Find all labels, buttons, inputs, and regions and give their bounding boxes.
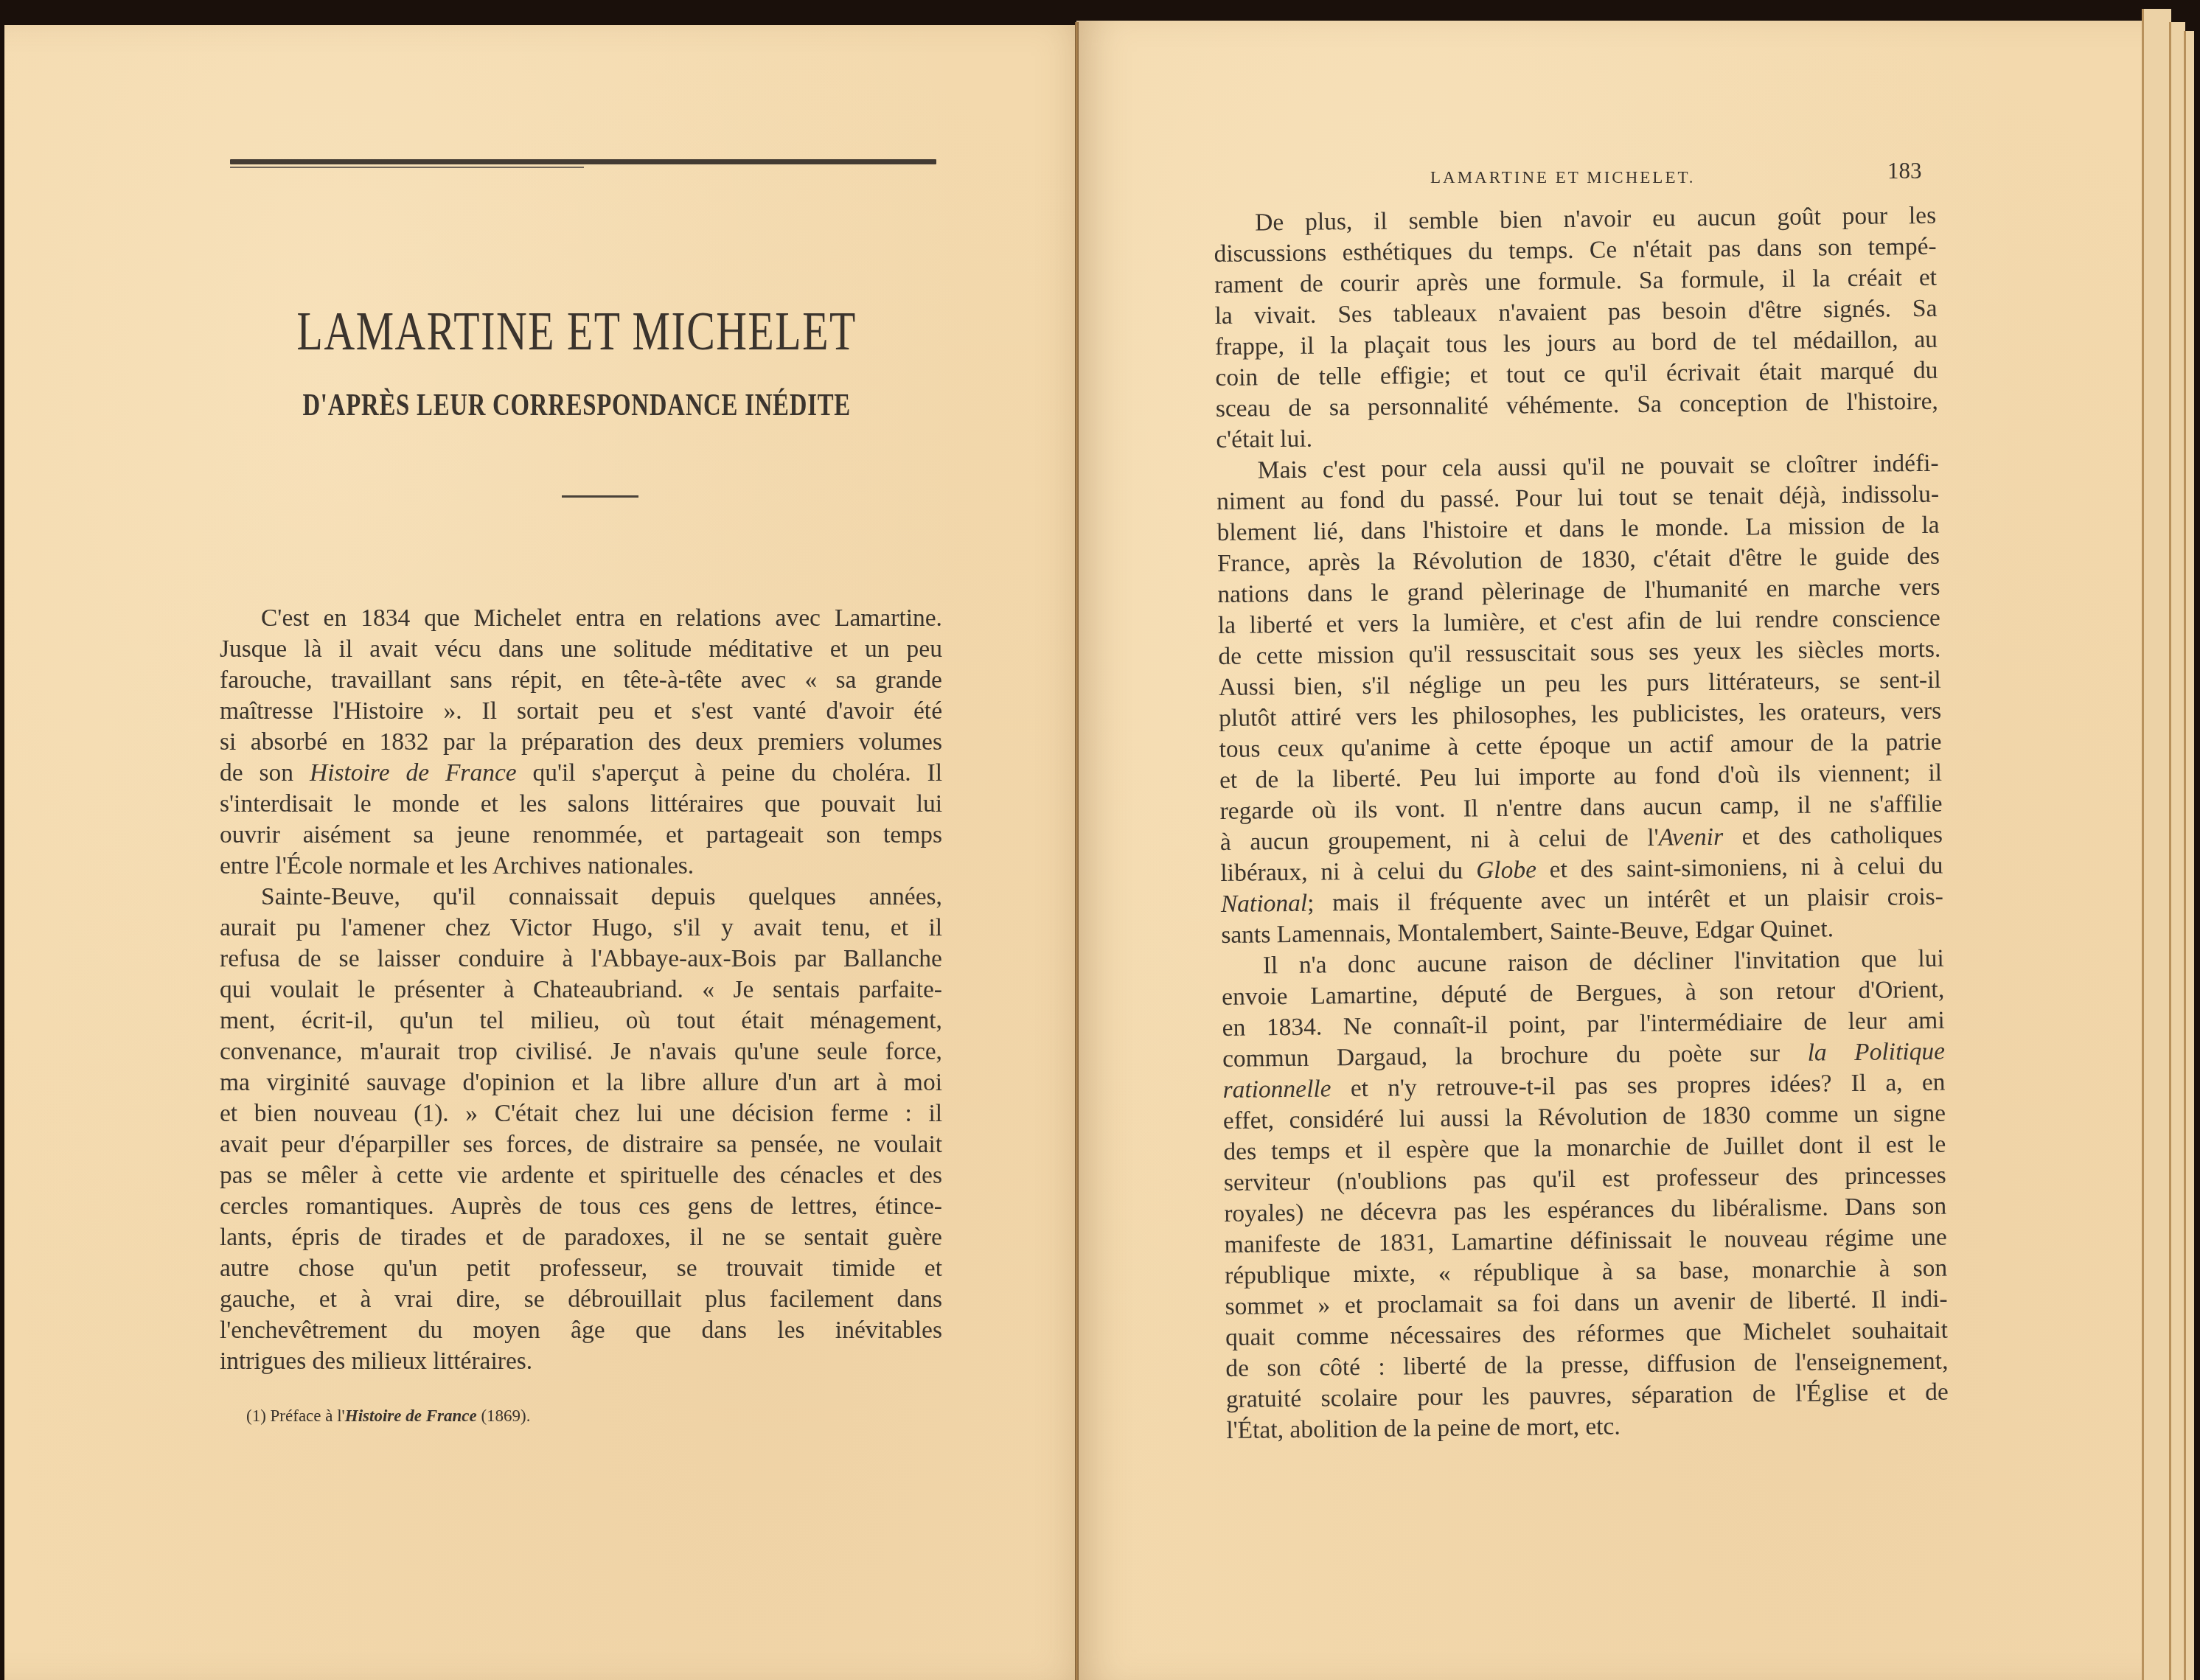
right-body-text: De plus, il semble bien n'avoir eu aucun… xyxy=(1214,201,1949,1446)
book-gutter xyxy=(1075,22,1079,1680)
text-line: cercles romantiques. Auprès de tous ces … xyxy=(220,1191,942,1222)
text-line: si absorbé en 1832 par la préparation de… xyxy=(220,727,942,758)
paragraph: Il n'a donc aucune raison de décliner l'… xyxy=(1222,944,1949,1446)
left-body-text: C'est en 1834 que Michelet entra en rela… xyxy=(220,603,942,1377)
text-line: Sainte-Beuve, qu'il connaissait depuis q… xyxy=(220,882,942,913)
paragraph: De plus, il semble bien n'avoir eu aucun… xyxy=(1214,201,1938,456)
text-line: refusa de se laisser conduire à l'Abbaye… xyxy=(220,944,942,975)
footnote-marker: (1) xyxy=(246,1407,266,1425)
text-line: ouvrir aisément sa jeune renommée, et pa… xyxy=(220,820,942,851)
page-number: 183 xyxy=(1887,158,1922,184)
text-line: pas se mêler à cette vie ardente et spir… xyxy=(220,1160,942,1191)
page-edge xyxy=(2169,22,2185,1680)
text-line: convenance, m'aurait trop civilisé. Je n… xyxy=(220,1036,942,1067)
text-line: qui voulait le présenter à Chateaubriand… xyxy=(220,975,942,1005)
top-rule-thin xyxy=(230,167,584,168)
footnote: (1) Préface à l'Histoire de France (1869… xyxy=(246,1407,530,1426)
text-line: intrigues des milieux littéraires. xyxy=(220,1346,942,1377)
text-line: autre chose qu'un petit professeur, se t… xyxy=(220,1253,942,1284)
text-line: l'enchevêtrement du moyen âge que dans l… xyxy=(220,1315,942,1346)
text-line: Jusque là il avait vécu dans une solitud… xyxy=(220,634,942,665)
text-line: farouche, travaillant sans répit, en têt… xyxy=(220,665,942,696)
text-line: C'est en 1834 que Michelet entra en rela… xyxy=(220,603,942,634)
text-line: et bien nouveau (1). » C'était chez lui … xyxy=(220,1098,942,1129)
page-edge xyxy=(2142,9,2171,1680)
paragraph: Mais c'est pour cela aussi qu'il ne pouv… xyxy=(1216,448,1944,951)
text-line: avait peur d'éparpiller ses forces, de d… xyxy=(220,1129,942,1160)
text-line: de son Histoire de France qu'il s'aperçu… xyxy=(220,758,942,789)
paragraph: Sainte-Beuve, qu'il connaissait depuis q… xyxy=(220,882,942,1377)
footnote-text-after: (1869). xyxy=(477,1407,531,1425)
ornament-rule xyxy=(562,495,638,498)
text-line: maîtresse l'Histoire ». Il sortait peu e… xyxy=(220,696,942,727)
text-line: s'interdisait le monde et les salons lit… xyxy=(220,789,942,820)
text-line: aurait pu l'amener chez Victor Hugo, s'i… xyxy=(220,913,942,944)
footnote-italic: Histoire de France xyxy=(345,1407,477,1425)
text-line: gauche, et à vrai dire, se débrouillait … xyxy=(220,1284,942,1315)
footnote-text-before: Préface à l' xyxy=(271,1407,345,1425)
text-line: ma virginité sauvage d'opinion et la lib… xyxy=(220,1067,942,1098)
paragraph: C'est en 1834 que Michelet entra en rela… xyxy=(220,603,942,882)
text-line: entre l'École normale et les Archives na… xyxy=(220,851,942,882)
text-line: ment, écrit-il, qu'un tel milieu, où tou… xyxy=(220,1005,942,1036)
running-head: LAMARTINE ET MICHELET. xyxy=(1430,168,1696,187)
top-rule xyxy=(230,159,936,164)
text-line: lants, épris de tirades et de paradoxes,… xyxy=(220,1222,942,1253)
chapter-subtitle: D'APRÈS LEUR CORRESPONDANCE INÉDITE xyxy=(128,388,1026,423)
page-edge xyxy=(2184,31,2194,1680)
chapter-title: LAMARTINE ET MICHELET xyxy=(128,301,1026,363)
